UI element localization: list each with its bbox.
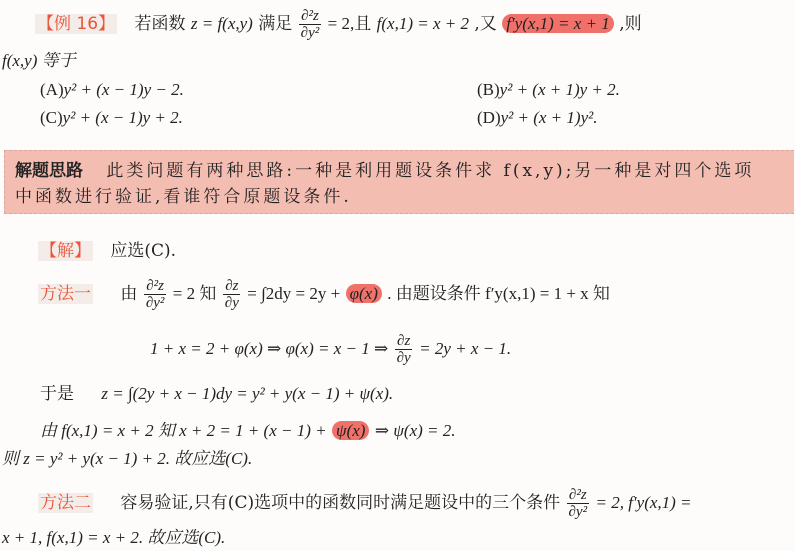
method1-post: . 由题设条件 f′y(x,1) = 1 + x 知 — [387, 284, 610, 303]
fraction-numerator: ∂²z — [567, 487, 589, 504]
option-b: (B)y² + (x + 1)y + 2. — [477, 79, 620, 101]
fraction: ∂z ∂y — [223, 278, 241, 311]
hint-title: 解题思路 — [15, 161, 83, 181]
fraction-numerator: ∂²z — [144, 278, 166, 295]
integral-result: z = ∫(2y + x − 1)dy = y² + y(x − 1) + ψ(… — [101, 384, 393, 403]
example-tag: 【例 16】 — [35, 14, 117, 34]
method1-line-1: 方法一 由 ∂²z ∂y² = 2 知 ∂z ∂y = ∫2dy = 2y + … — [38, 278, 610, 311]
condition-1: f(x,1) = x + 2 — [377, 14, 469, 33]
solution-answer: 应选(C). — [110, 241, 176, 261]
fraction-denominator: ∂y — [223, 295, 241, 311]
fraction-denominator: ∂y² — [144, 295, 167, 311]
option-label: (D) — [477, 108, 501, 127]
fraction: ∂²z ∂y² — [144, 278, 167, 311]
option-expr: y² + (x + 1)y². — [501, 108, 598, 127]
second-partial-fraction: ∂²z ∂y² — [299, 8, 322, 41]
highlighted-psi: ψ(x) — [332, 421, 369, 440]
hint-text-1: 此类问题有两种思路:一种是利用题设条件求 f(x,y);另一种是对四个选项 — [106, 161, 754, 181]
stem-function: z = f(x,y) — [191, 14, 253, 33]
stem-text: 若函数 — [134, 14, 185, 34]
solution-header: 【解】 应选(C). — [38, 240, 176, 262]
option-expr: y² + (x + 1)y + 2. — [500, 80, 620, 99]
fraction: ∂z ∂y — [395, 333, 413, 366]
method2-line-2: x + 1, f(x,1) = x + 2. 故应选(C). — [2, 527, 225, 549]
option-expr: y² + (x − 1)y + 2. — [63, 108, 183, 127]
method1-pre: 由 — [120, 284, 137, 304]
method1-derivation: 1 + x = 2 + φ(x) ⇒ φ(x) = x − 1 ⇒ — [150, 339, 388, 358]
option-d: (D)y² + (x + 1)y². — [477, 107, 597, 129]
method1-l4-post: ⇒ ψ(x) = 2. — [375, 421, 456, 440]
option-label: (C) — [40, 108, 63, 127]
method1-l4-pre: 由 f(x,1) = x + 2 知 x + 2 = 1 + (x − 1) + — [40, 421, 327, 440]
option-label: (B) — [477, 80, 500, 99]
method1-label: 方法一 — [38, 284, 93, 304]
fraction-denominator: ∂y — [395, 350, 413, 366]
method2-label: 方法二 — [38, 493, 93, 513]
method1-line-4: 由 f(x,1) = x + 2 知 x + 2 = 1 + (x − 1) +… — [40, 420, 456, 442]
option-c: (C)y² + (x − 1)y + 2. — [40, 107, 183, 129]
fraction-numerator: ∂z — [223, 278, 240, 295]
method1-line-3: 于是 z = ∫(2y + x − 1)dy = y² + y(x − 1) +… — [40, 383, 393, 405]
option-label: (A) — [40, 80, 64, 99]
method1-mid: = 2 知 — [173, 284, 217, 303]
fraction-numerator: ∂²z — [299, 8, 321, 25]
hint-text-2: 中函数进行验证,看谁符合原题设条件. — [15, 186, 352, 208]
stem-part4: ,则 — [619, 14, 641, 34]
stem-satisfy: 满足 — [258, 14, 292, 34]
method2-text: 容易验证,只有(C)选项中的函数同时满足题设中的三个条件 — [120, 493, 560, 513]
integral-expression: = ∫2dy = 2y + — [247, 284, 340, 303]
highlighted-phi: φ(x) — [346, 284, 382, 303]
example-line-1: 【例 16】 若函数 z = f(x,y) 满足 ∂²z ∂y² = 2,且 f… — [35, 8, 642, 41]
stem-part2: = 2,且 — [328, 14, 372, 33]
hint-line-1: 解题思路 此类问题有两种思路:一种是利用题设条件求 f(x,y);另一种是对四个… — [15, 160, 754, 182]
fraction: ∂²z ∂y² — [567, 487, 590, 520]
example-line-2: f(x,y) 等于 — [2, 50, 76, 72]
solution-tag: 【解】 — [38, 241, 93, 261]
highlighted-condition: f′y(x,1) = x + 1 — [502, 14, 614, 33]
stem-part3: ,又 — [474, 14, 496, 34]
method2-post: = 2, f′y(x,1) = — [595, 493, 691, 512]
method2-line-1: 方法二 容易验证,只有(C)选项中的函数同时满足题设中的三个条件 ∂²z ∂y²… — [38, 487, 692, 520]
fraction-numerator: ∂z — [395, 333, 412, 350]
method1-conclusion: 则 z = y² + y(x − 1) + 2. 故应选(C). — [2, 448, 252, 470]
thus-label: 于是 — [40, 384, 74, 404]
fraction-denominator: ∂y² — [299, 25, 322, 41]
method1-result: = 2y + x − 1. — [419, 339, 511, 358]
option-a: (A)y² + (x − 1)y − 2. — [40, 79, 184, 101]
fraction-denominator: ∂y² — [567, 504, 590, 520]
option-expr: y² + (x − 1)y − 2. — [64, 80, 184, 99]
method1-line-2: 1 + x = 2 + φ(x) ⇒ φ(x) = x − 1 ⇒ ∂z ∂y … — [150, 333, 511, 366]
